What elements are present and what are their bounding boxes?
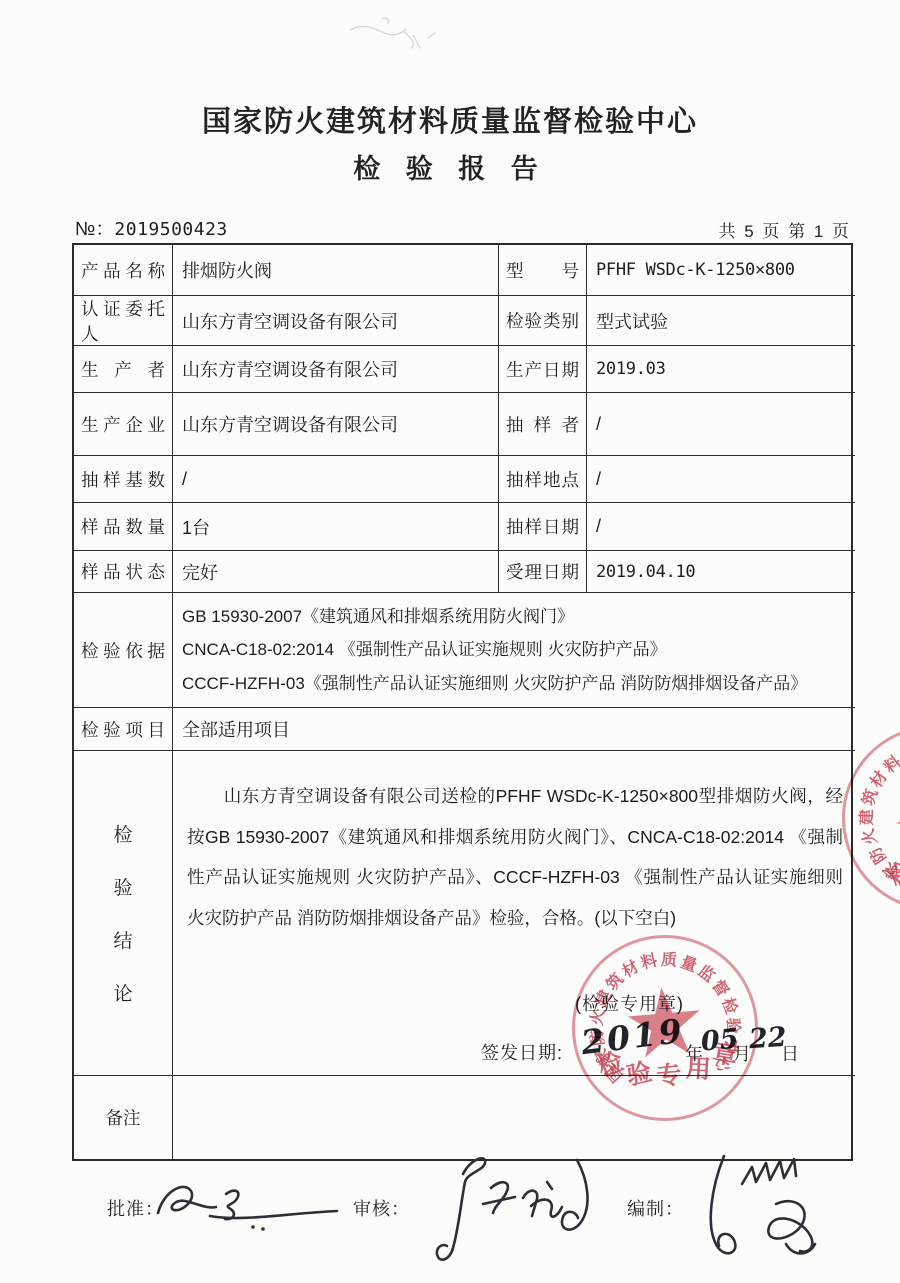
cell-value-remarks: [173, 1076, 855, 1159]
cell-label-production-date: 生产日期: [499, 346, 587, 393]
cell-value-production-date: 2019.03: [587, 346, 855, 393]
issue-day-unit: 日: [781, 1040, 799, 1066]
seal-ring-char: 家: [876, 858, 900, 886]
scanned-inspection-report: 国家防火建筑材料质量监督检验中心 检 验 报 告 №：2019500423 共 …: [0, 0, 900, 1283]
cell-value-test-type: 型式试验: [587, 296, 855, 346]
issue-date-label: 签发日期:: [481, 1039, 563, 1065]
cell-label-remarks: 备注: [74, 1076, 173, 1159]
cell-value-product-name: 排烟防火阀: [173, 245, 499, 296]
cell-label-sample-qty: 样品数量: [74, 503, 173, 551]
cell-label-test-type: 检验类别: [499, 296, 587, 346]
cell-label-sample-state: 样品状态: [74, 551, 173, 593]
issue-month-unit: 月: [733, 1040, 751, 1066]
cell-value-sample-place: /: [587, 456, 855, 503]
approve-signature: [150, 1175, 345, 1233]
cell-value-sample-state: 完好: [173, 551, 499, 593]
prepare-signature: [688, 1148, 823, 1272]
review-label: 审核：: [353, 1195, 410, 1221]
basis-line-1: GB 15930-2007《建筑通风和排烟系统用防火阀门》: [182, 600, 574, 633]
seal-ring-char: 筑: [856, 784, 881, 809]
issue-year-handwritten: 2019: [579, 1011, 687, 1062]
basis-line-3: CCCF-HZFH-03《强制性产品认证实施细则 火灾防护产品 消防防烟排烟设备…: [182, 667, 807, 700]
cell-label-model: 型 号: [499, 245, 587, 296]
cell-value-sample-base: /: [173, 456, 499, 503]
cell-label-manufacturer: 生产企业: [74, 393, 173, 456]
cell-label-basis: 检验依据: [74, 593, 173, 708]
page-info: 共 5 页 第 1 页: [718, 217, 851, 242]
cell-label-sampler: 抽 样 者: [499, 393, 587, 456]
cell-label-items: 检验项目: [74, 708, 173, 751]
prepare-label: 编制：: [627, 1195, 684, 1221]
cell-value-applicant: 山东方青空调设备有限公司: [173, 296, 499, 346]
seal-ring-char: 质: [896, 740, 900, 766]
cell-value-sampler: /: [587, 393, 855, 456]
cell-value-manufacturer: 山东方青空调设备有限公司: [173, 393, 499, 456]
cell-label-applicant: 认证委托人: [74, 296, 173, 346]
cell-label-accept-date: 受理日期: [499, 551, 587, 593]
report-table: 产品名称 排烟防火阀 型 号 PFHF WSDc-K-1250×800 认证委托…: [72, 243, 853, 1161]
basis-line-2: CNCA-C18-02:2014 《强制性产品认证实施规则 火灾防护产品》: [182, 633, 667, 666]
cell-value-basis: GB 15930-2007《建筑通风和排烟系统用防火阀门》 CNCA-C18-0…: [173, 593, 855, 708]
seal-ring-char: 建: [855, 807, 875, 827]
report-title: 检 验 报 告: [0, 147, 900, 186]
issue-date-row: 签发日期: 2019 年 05 月 22 日: [173, 751, 855, 1075]
cell-value-sample-date: /: [587, 503, 855, 551]
report-number-label: №：: [75, 219, 114, 240]
cell-value-accept-date: 2019.04.10: [587, 551, 855, 593]
cell-value-sample-qty: 1台: [173, 503, 499, 551]
cell-value-conclusion: 山东方青空调设备有限公司送检的PFHF WSDc-K-1250×800型排烟防火…: [173, 751, 855, 1076]
cell-label-sample-place: 抽样地点: [499, 456, 587, 503]
seal-ring-char: 料: [877, 749, 900, 777]
seal-ring-char: 国: [895, 869, 900, 895]
review-signature: [425, 1150, 625, 1272]
seal-ring-char: 防: [863, 842, 891, 870]
cell-label-conclusion: 检 验 结 论: [74, 751, 173, 1076]
pencil-mark: [340, 8, 460, 63]
seal-ring-char: 材: [863, 764, 891, 792]
org-title: 国家防火建筑材料质量监督检验中心: [0, 99, 900, 140]
cell-label-sample-date: 抽样日期: [499, 503, 587, 551]
report-number: №：2019500423: [75, 214, 228, 241]
cell-value-model: PFHF WSDc-K-1250×800: [587, 245, 855, 296]
cell-label-product-name: 产品名称: [74, 245, 173, 296]
cell-value-items: 全部适用项目: [173, 708, 855, 751]
cell-label-sample-base: 抽样基数: [74, 456, 173, 503]
cell-label-producer: 生 产 者: [74, 346, 173, 393]
seal-bottom-char: 检: [878, 851, 900, 894]
seal-star-icon: ★: [873, 753, 900, 877]
seal-ring-char: 火: [855, 825, 880, 850]
report-number-value: 2019500423: [114, 219, 227, 240]
cell-value-producer: 山东方青空调设备有限公司: [173, 346, 499, 393]
